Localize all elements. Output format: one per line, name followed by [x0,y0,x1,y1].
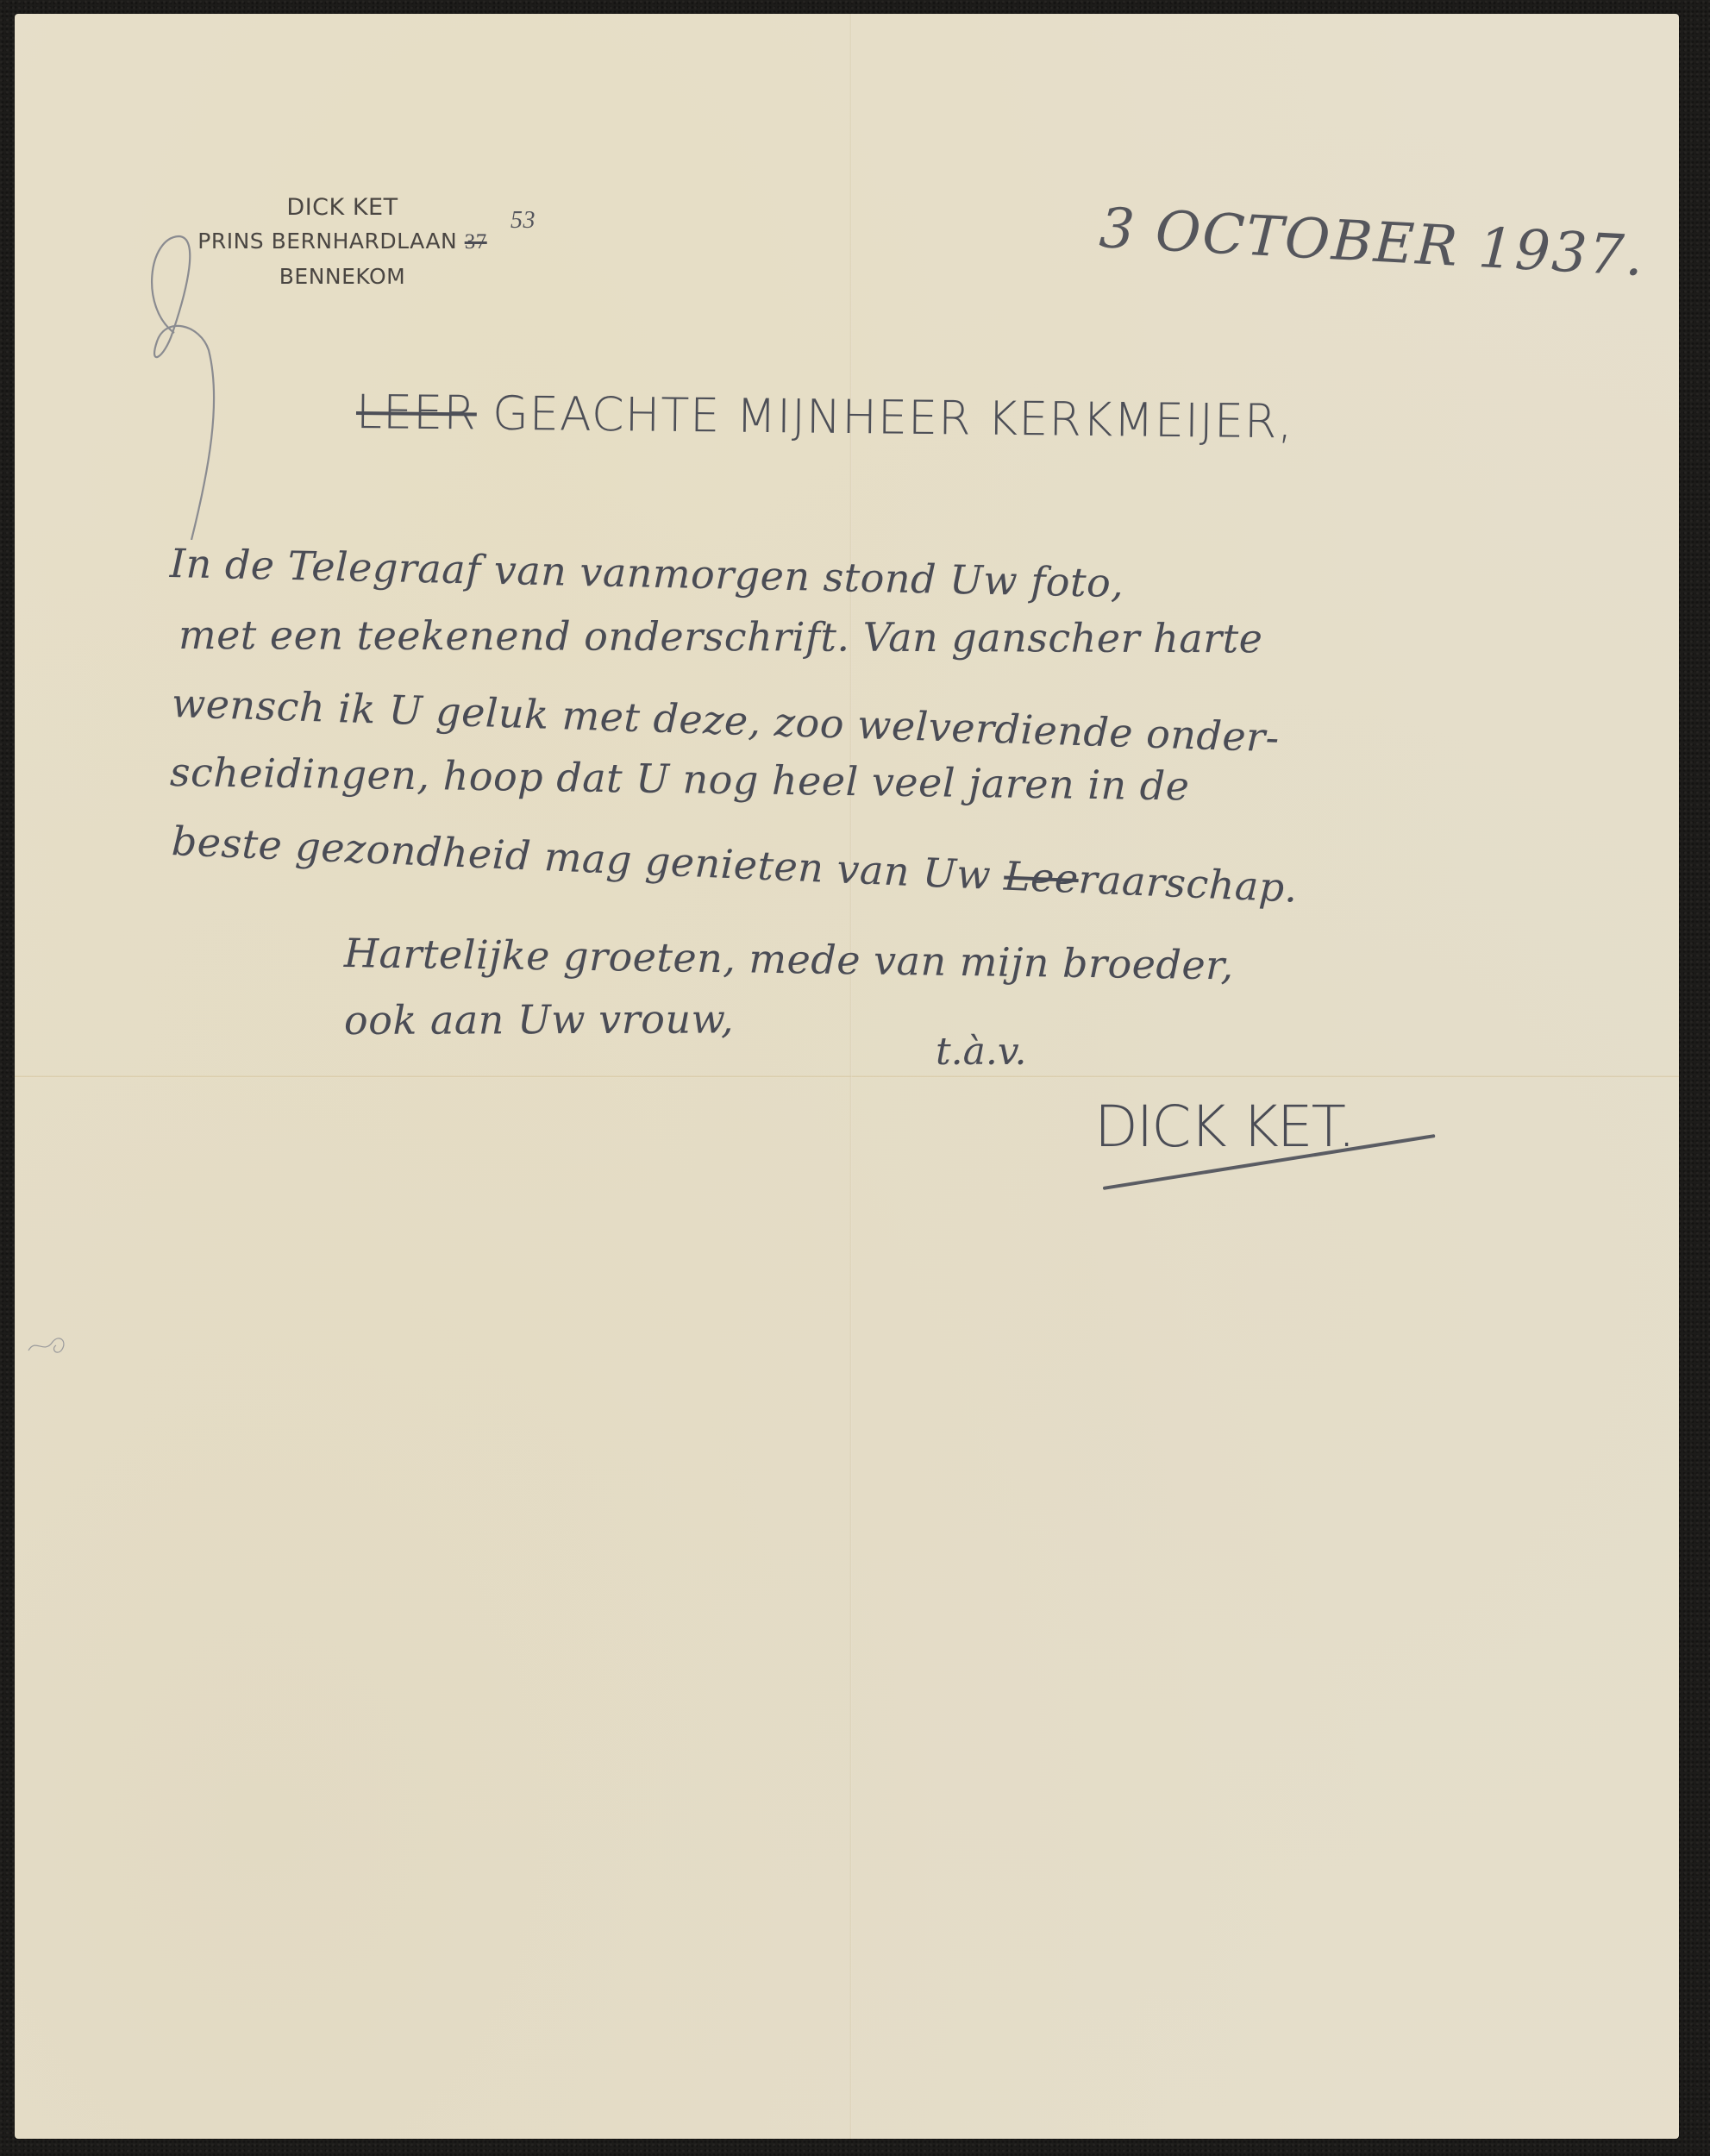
body-line-4: scheidingen, hoop dat U nog heel veel ja… [170,749,1190,810]
letter-sheet: DICK KET PRINS BERNHARDLAAN 37 53 BENNEK… [15,14,1679,2139]
salutation-struck-word: LEER [356,385,477,440]
letterhead-name: DICK KET [153,191,532,224]
letter-date: 3 OCTOBER 1937. [1098,197,1646,289]
body-line-5-struck: Lee [1003,852,1080,902]
vertical-fold-line [849,14,852,2139]
body-line-1: In de Telegraaf van vanmorgen stond Uw f… [169,540,1124,606]
body-line-5-end: raarschap. [1078,856,1299,912]
body-line-3: wensch ik U geluk met deze, zoo welverdi… [171,680,1280,761]
margin-flourish-icon [140,229,260,540]
salutation: LEER GEACHTE MIJNHEER KERKMEIJER, [356,385,1293,448]
edge-curl-icon [27,1333,70,1359]
closing-line-2: ook aan Uw vrouw, [344,995,734,1044]
signature: DICK KET. [1094,1094,1354,1160]
closing-line-1: Hartelijke groeten, mede van mijn broede… [344,930,1234,988]
body-line-5: beste gezondheid mag genieten van Uw Lee… [171,818,1299,912]
salutation-text: GEACHTE MIJNHEER KERKMEIJER, [492,386,1293,449]
body-line-5-text: beste gezondheid mag genieten van Uw [171,818,992,899]
closing-abbreviation: t.à.v. [936,1030,1027,1074]
scan-background: DICK KET PRINS BERNHARDLAAN 37 53 BENNEK… [0,0,1710,2156]
letterhead-number-corrected: 53 [510,204,536,238]
letterhead-number-struck: 37 [465,230,487,254]
horizontal-fold-line [15,1075,1679,1078]
body-line-2: met een teekenend onderschrift. Van gans… [179,611,1263,661]
